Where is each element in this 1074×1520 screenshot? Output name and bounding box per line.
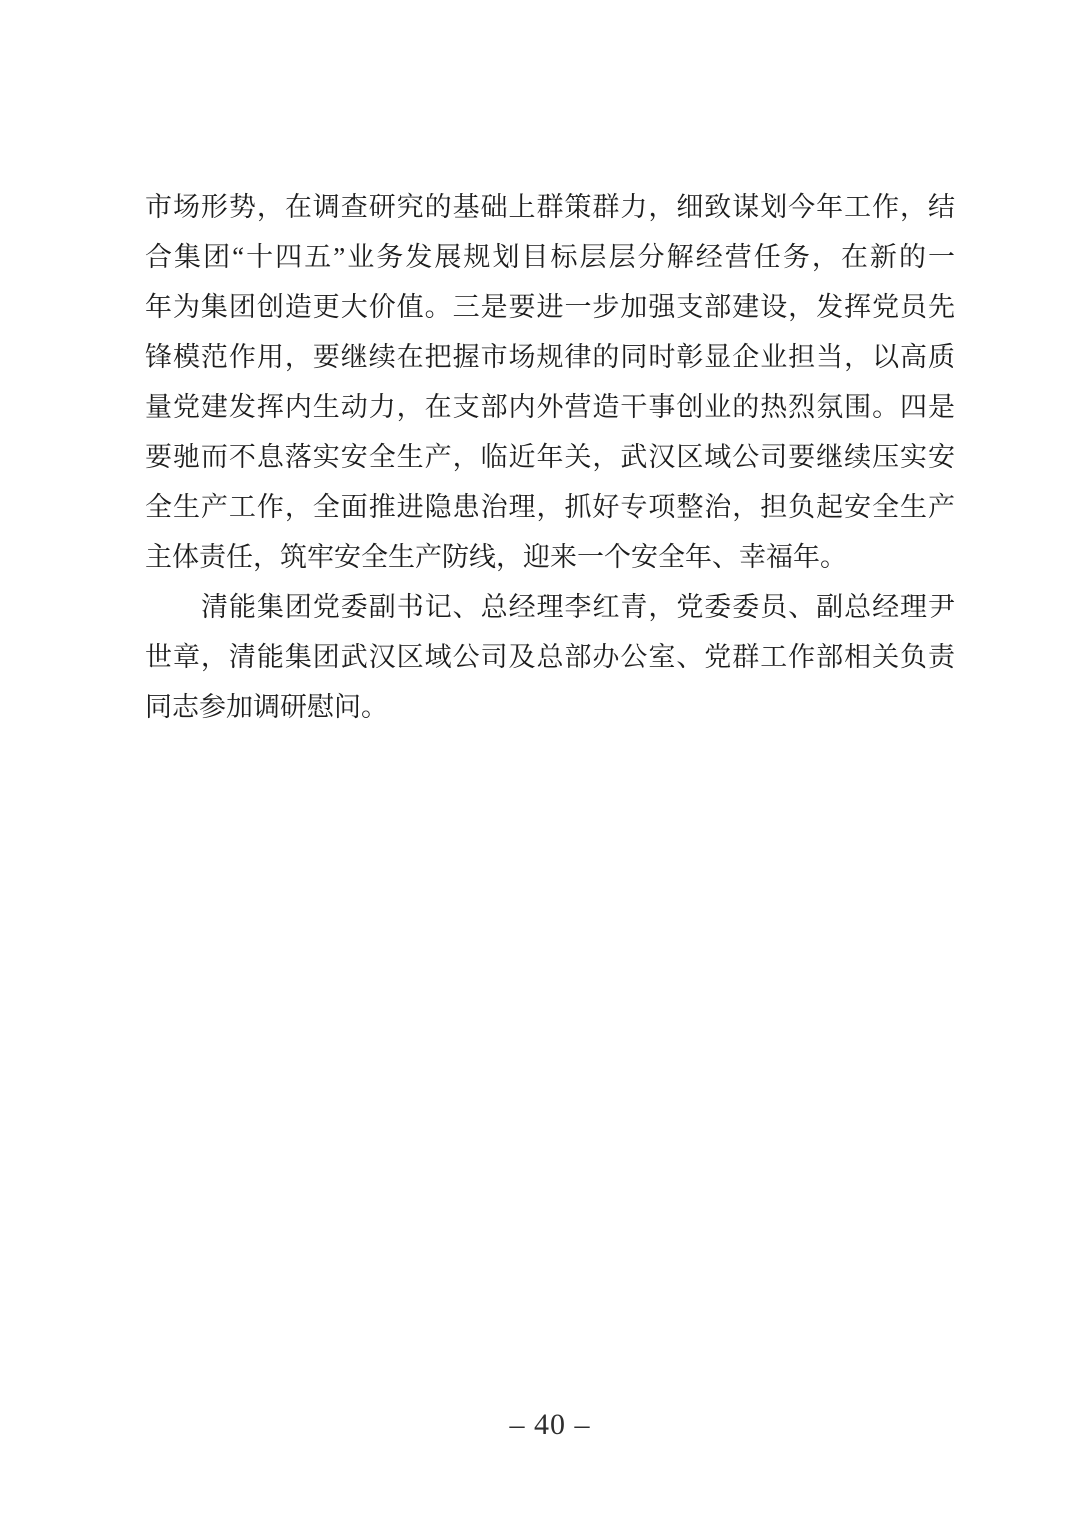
text-line: 锋模范作用，要继续在把握市场规律的同时彰显企业担当，以高质 xyxy=(145,332,955,382)
page-number: – 40 – xyxy=(145,1408,955,1442)
text-line: 全生产工作，全面推进隐患治理，抓好专项整治，担负起安全生产 xyxy=(145,482,955,532)
text-line: 年为集团创造更大价值。三是要进一步加强支部建设，发挥党员先 xyxy=(145,282,955,332)
paragraph-attendees: 清能集团党委副书记、总经理李红青，党委委员、副总经理尹 世章，清能集团武汉区域公… xyxy=(145,582,955,732)
text-line: 清能集团党委副书记、总经理李红青，党委委员、副总经理尹 xyxy=(145,582,955,632)
text-line: 世章，清能集团武汉区域公司及总部办公室、党群工作部相关负责 xyxy=(145,632,955,682)
text-line: 合集团“十四五”业务发展规划目标层层分解经营任务，在新的一 xyxy=(145,232,955,282)
paragraph-continued: 市场形势，在调查研究的基础上群策群力，细致谋划今年工作，结 合集团“十四五”业务… xyxy=(145,182,955,582)
text-line: 同志参加调研慰问。 xyxy=(145,682,955,732)
body-text: 市场形势，在调查研究的基础上群策群力，细致谋划今年工作，结 合集团“十四五”业务… xyxy=(145,182,955,732)
text-line: 市场形势，在调查研究的基础上群策群力，细致谋划今年工作，结 xyxy=(145,182,955,232)
text-line: 量党建发挥内生动力，在支部内外营造干事创业的热烈氛围。四是 xyxy=(145,382,955,432)
text-line: 主体责任，筑牢安全生产防线，迎来一个安全年、幸福年。 xyxy=(145,532,955,582)
document-page: 市场形势，在调查研究的基础上群策群力，细致谋划今年工作，结 合集团“十四五”业务… xyxy=(0,0,1074,1520)
text-line: 要驰而不息落实安全生产，临近年关，武汉区域公司要继续压实安 xyxy=(145,432,955,482)
